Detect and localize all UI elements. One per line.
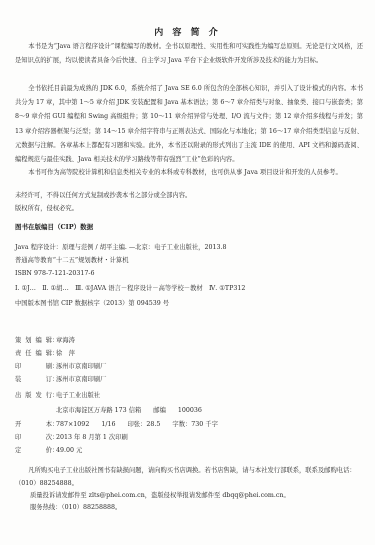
footer-complaints: 质量投诉请发邮件至 zlts@phei.com.cn，盗版侵权举报请发邮件至 d…: [30, 490, 290, 502]
cip-line-series: 普通高等教育“十二五”规划教材・计算机: [15, 255, 129, 267]
credit-label: 责任编辑: [15, 348, 52, 360]
credit-publisher: 出版发行：电子工业出版社: [15, 390, 100, 402]
cip-line-title: Java 程序设计：原理与范例 / 胡平主编. —北京：电子工业出版社，2013…: [15, 242, 226, 254]
intro-paragraph-2: 全书依托目前最为成熟的 JDK 6.0，系统介绍了 Java SE 6.0 所包…: [15, 82, 363, 167]
address-street: 北京市海淀区万寿路 173 信箱: [56, 407, 141, 414]
intro-paragraph-3: 本书可作为高等院校计算机和信息类相关专业的本科或专科教材，也可供从事 Java …: [15, 166, 363, 180]
price-value: 49.00 元: [56, 445, 82, 457]
publisher-address: 北京市海淀区万寿路 173 信箱邮编100036: [56, 405, 202, 417]
credit-label: 印次: [15, 432, 52, 444]
postcode-label: 邮编: [153, 407, 166, 414]
cip-line-classification: Ⅰ. ①J… Ⅱ. ①胡… Ⅲ. ①JAVA 语言－程序设计－高等学校－教材 Ⅳ…: [15, 283, 245, 295]
spec-format: 开本：787×10921/16印张：28.5字数：730 千字: [15, 419, 218, 431]
footer-returns-notice: 凡所购买电子工业出版社图书有缺损问题，请向购买书店调换。若书店售缺，请与本社发行…: [15, 465, 363, 490]
words-value: 730 千字: [191, 419, 218, 431]
copyright-page: 内 容 简 介 本书是为“Java 语言程序设计”课程编写的教材。全书以原理性、…: [0, 0, 375, 545]
copyright-notice: 未经许可，不得以任何方式复制或抄袭本书之部分或全部内容。: [15, 190, 191, 202]
credit-binder: 装订：涿州市京南印刷厂: [15, 374, 106, 386]
credit-printer: 印刷：涿州市京南印刷厂: [15, 361, 106, 373]
intro-paragraph-1: 本书是为“Java 语言程序设计”课程编写的教材。全书以原理性、实用性和可实践性…: [15, 40, 363, 68]
sheets-value: 28.5: [146, 419, 160, 431]
credit-label: 印刷: [15, 361, 52, 373]
intro-title: 内 容 简 介: [0, 25, 375, 38]
credit-value: 徐 萍: [56, 348, 75, 360]
footer-hotline: 服务热线：（010）88258888。: [30, 502, 121, 514]
credit-value: 电子工业出版社: [56, 390, 100, 402]
words-label: 字数：: [172, 419, 191, 431]
cip-line-isbn: ISBN 978-7-121-20317-6: [15, 268, 95, 280]
credit-value: 章海涛: [56, 335, 75, 347]
rights-reserved: 版权所有，侵权必究。: [15, 203, 78, 215]
cip-heading: 图书在版编目（CIP）数据: [15, 222, 93, 231]
credit-label: 开本: [15, 419, 52, 431]
credit-value: 涿州市京南印刷厂: [56, 361, 106, 373]
credit-label: 策划编辑: [15, 335, 52, 347]
postcode-value: 100036: [178, 407, 202, 414]
format-fold: 1/16: [101, 419, 115, 431]
credit-responsible-editor: 责任编辑：徐 萍: [15, 348, 75, 360]
credit-label: 装订: [15, 374, 52, 386]
format-size: 787×1092: [56, 419, 89, 431]
printing-value: 2013 年 8 月第 1 次印刷: [56, 432, 128, 444]
credit-value: 涿州市京南印刷厂: [56, 374, 106, 386]
cip-line-record-number: 中国版本图书馆 CIP 数据核字（2013）第 094539 号: [15, 298, 169, 310]
credit-planning-editor: 策划编辑：章海涛: [15, 335, 75, 347]
spec-printing: 印次：2013 年 8 月第 1 次印刷: [15, 432, 128, 444]
credit-label: 出版发行: [15, 390, 52, 402]
sheets-label: 印张：: [127, 419, 146, 431]
spec-price: 定价：49.00 元: [15, 445, 82, 457]
credit-label: 定价: [15, 445, 52, 457]
